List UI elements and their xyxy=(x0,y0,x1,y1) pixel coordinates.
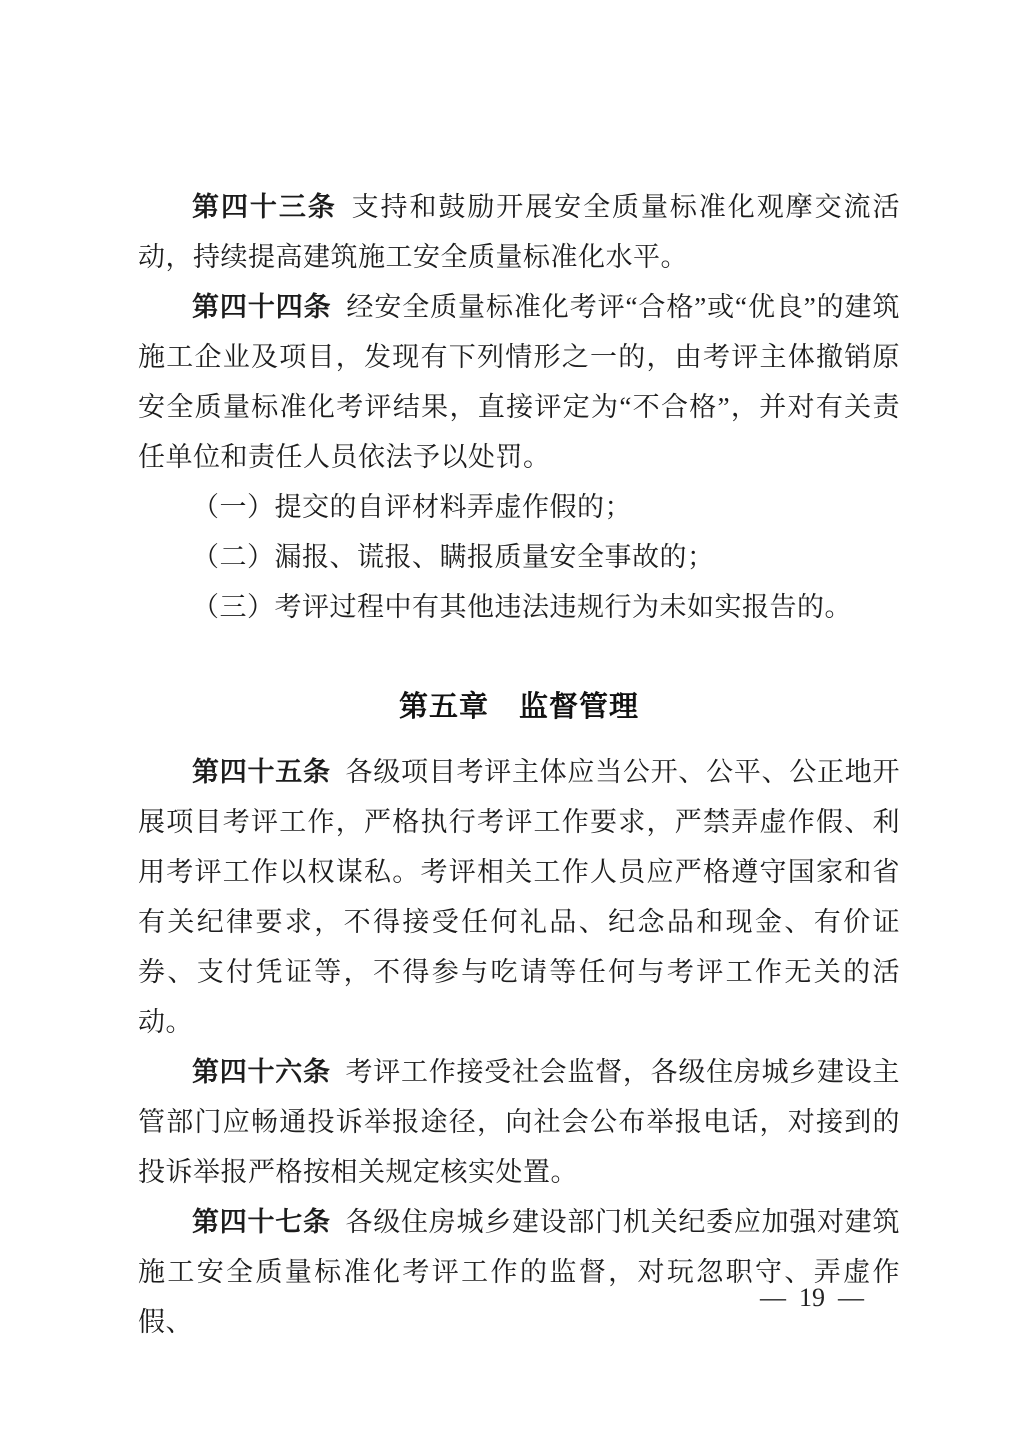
article-44-number: 第四十四条 xyxy=(192,292,332,322)
list-item-1: （一）提交的自评材料弄虚作假的； xyxy=(138,482,900,532)
article-45-text: 各级项目考评主体应当公开、公平、公正地开展项目考评工作，严格执行考评工作要求，严… xyxy=(138,757,900,1037)
article-46-paragraph: 第四十六条考评工作接受社会监督，各级住房城乡建设主管部门应畅通投诉举报途径，向社… xyxy=(138,1047,900,1197)
document-page: 第四十三条支持和鼓励开展安全质量标准化观摩交流活动，持续提高建筑施工安全质量标准… xyxy=(0,0,1024,1448)
page-footer: — 19 — xyxy=(760,1283,864,1313)
list-item-3: （三）考评过程中有其他违法违规行为未如实报告的。 xyxy=(138,582,900,632)
footer-left-dash: — xyxy=(760,1283,786,1313)
article-43-paragraph: 第四十三条支持和鼓励开展安全质量标准化观摩交流活动，持续提高建筑施工安全质量标准… xyxy=(138,182,900,282)
article-45-number: 第四十五条 xyxy=(192,757,331,787)
article-44-paragraph: 第四十四条经安全质量标准化考评“合格”或“优良”的建筑施工企业及项目，发现有下列… xyxy=(138,282,900,482)
list-item-2: （二）漏报、谎报、瞒报质量安全事故的； xyxy=(138,532,900,582)
page-number: 19 xyxy=(799,1283,825,1313)
article-46-number: 第四十六条 xyxy=(192,1057,331,1087)
article-47-number: 第四十七条 xyxy=(192,1207,331,1237)
article-43-number: 第四十三条 xyxy=(192,192,337,222)
footer-right-dash: — xyxy=(838,1283,864,1313)
document-content: 第四十三条支持和鼓励开展安全质量标准化观摩交流活动，持续提高建筑施工安全质量标准… xyxy=(0,0,1024,1347)
article-47-paragraph: 第四十七条各级住房城乡建设部门机关纪委应加强对建筑施工安全质量标准化考评工作的监… xyxy=(138,1197,900,1347)
chapter-heading: 第五章 监督管理 xyxy=(138,685,900,729)
article-45-paragraph: 第四十五条各级项目考评主体应当公开、公平、公正地开展项目考评工作，严格执行考评工… xyxy=(138,747,900,1047)
